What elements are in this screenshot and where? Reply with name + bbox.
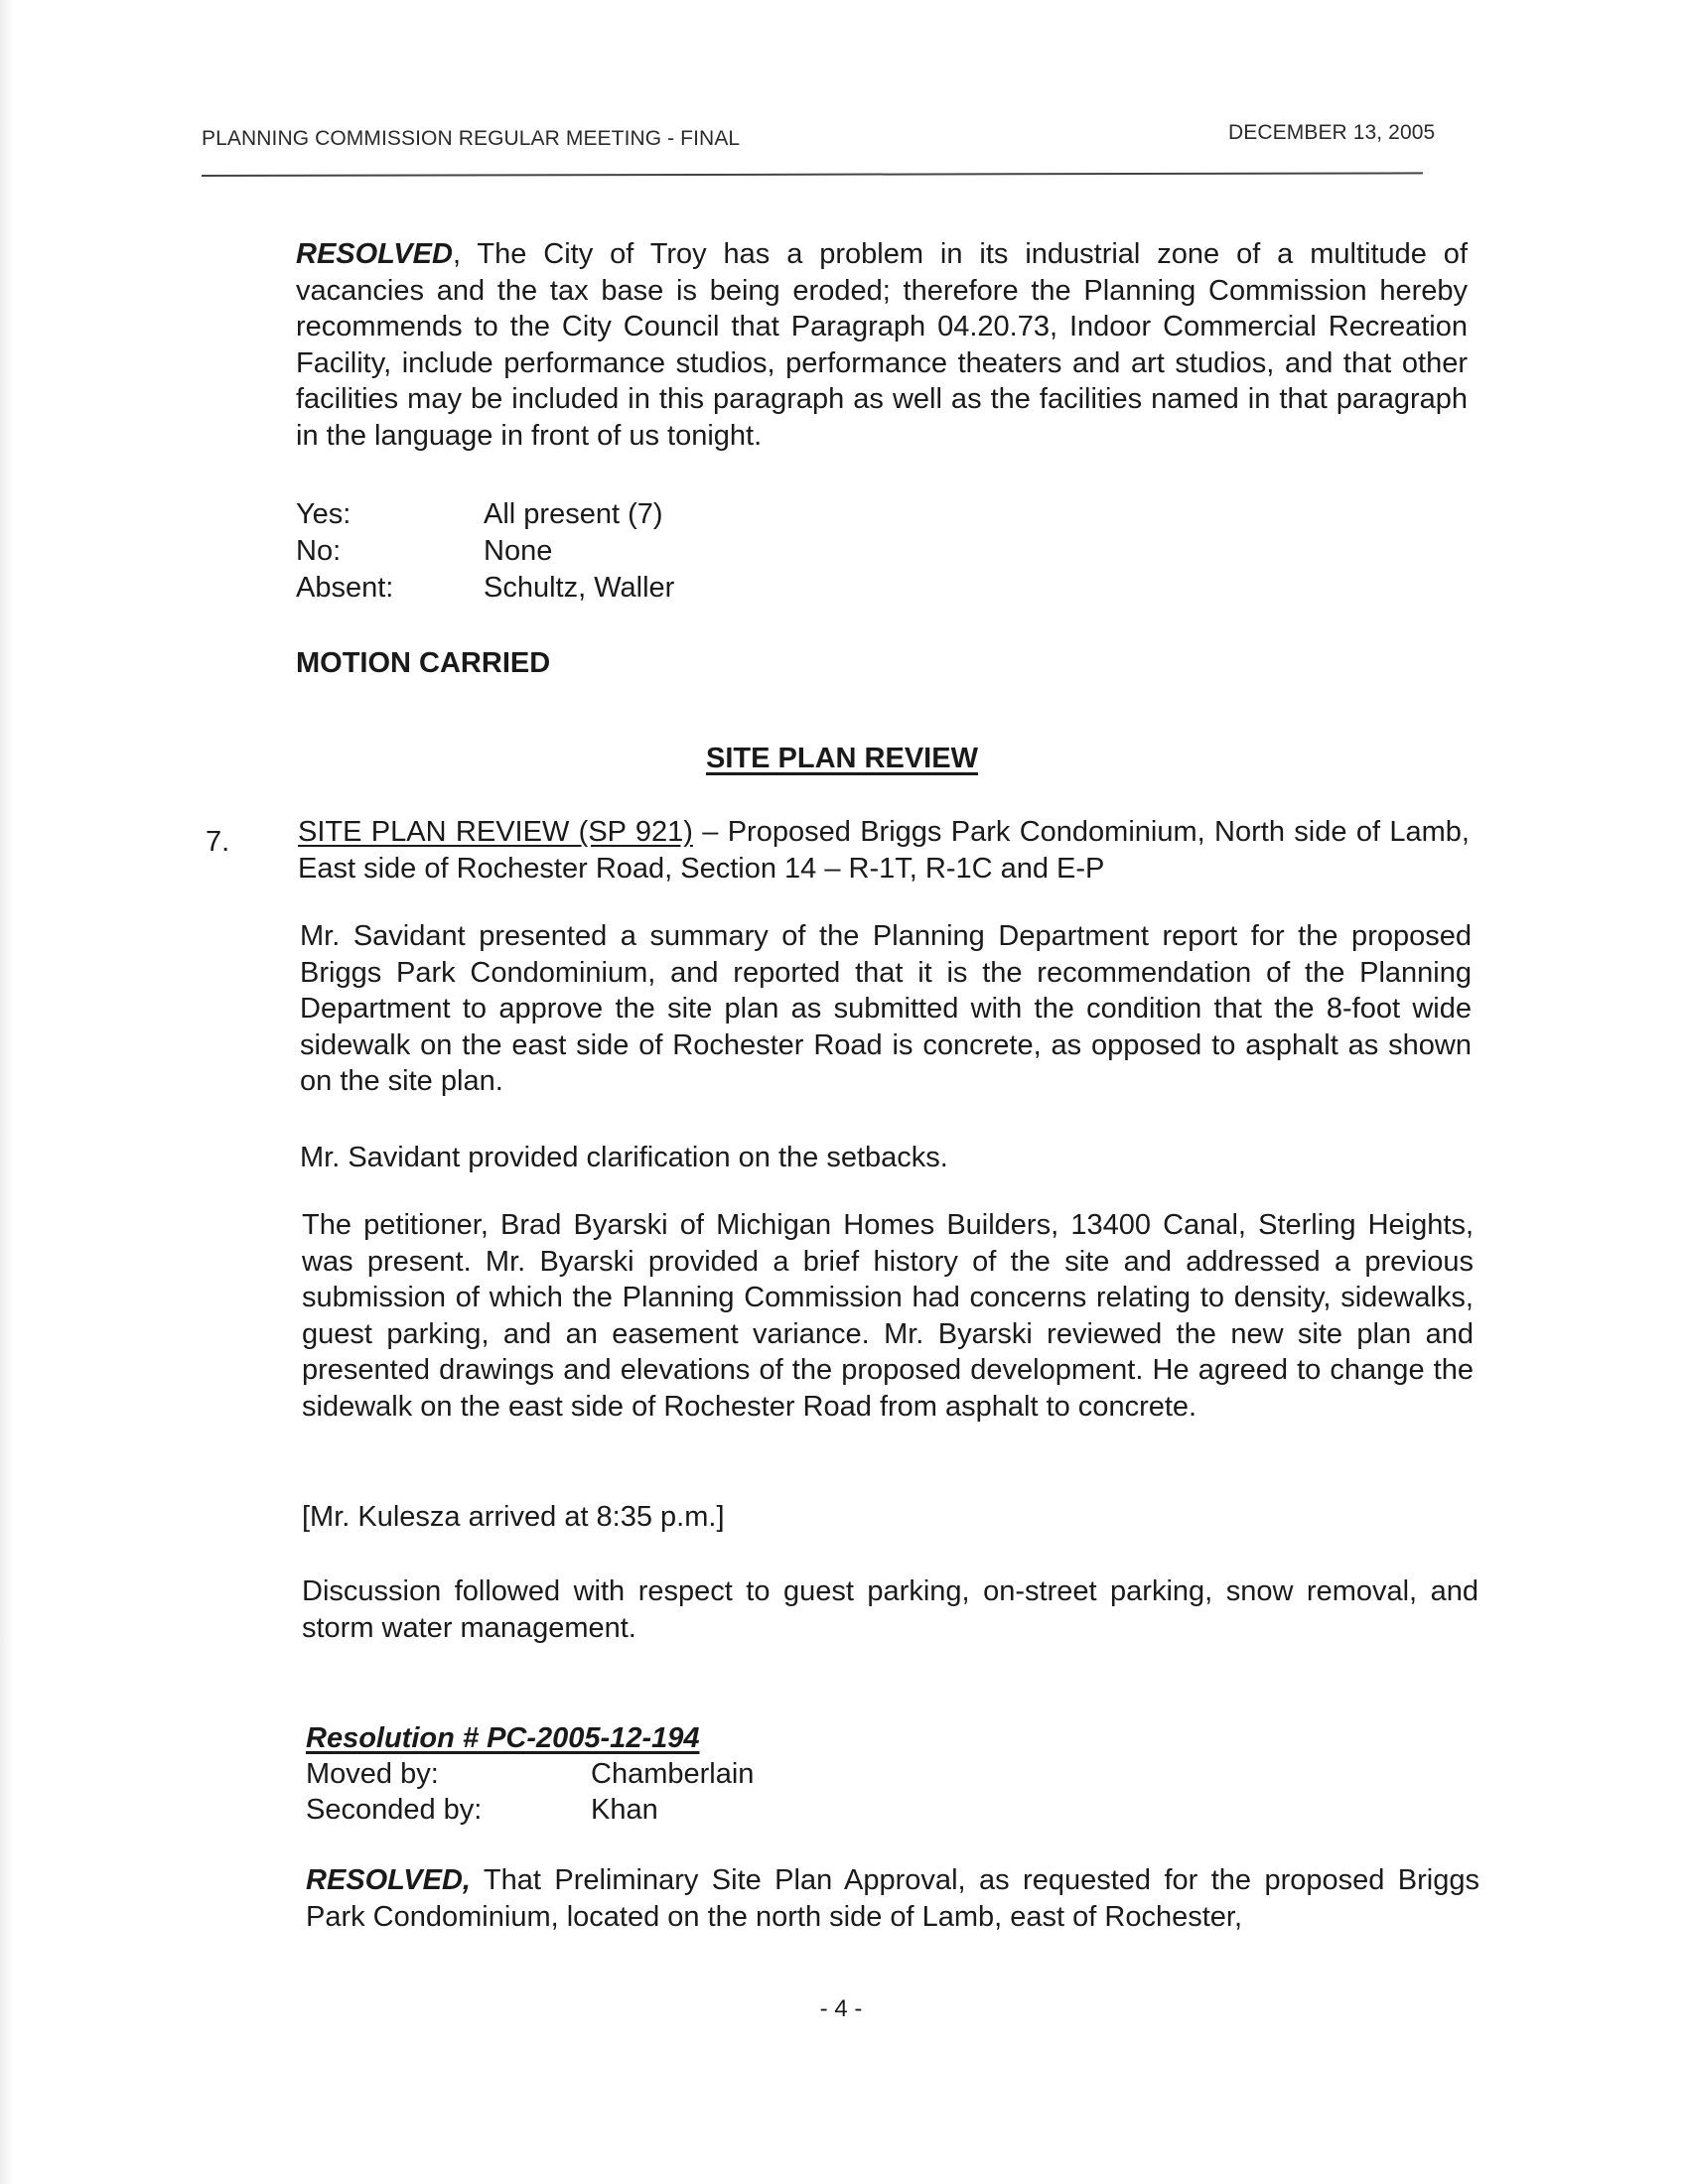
scan-edge-shadow bbox=[0, 0, 14, 2184]
item-title: SITE PLAN REVIEW (SP 921) bbox=[298, 816, 693, 848]
vote-yes-value: All present (7) bbox=[484, 496, 663, 532]
resolved-paragraph-1: RESOLVED, The City of Troy has a problem… bbox=[296, 236, 1468, 454]
document-header-date: DECEMBER 13, 2005 bbox=[1228, 121, 1435, 145]
vote-no-label: No: bbox=[296, 533, 341, 569]
paragraph-summary: Mr. Savidant presented a summary of the … bbox=[300, 918, 1472, 1100]
document-header-title: PLANNING COMMISSION REGULAR MEETING - FI… bbox=[202, 127, 740, 151]
moved-by-value: Chamberlain bbox=[591, 1756, 754, 1792]
resolved-text-2: That Preliminary Site Plan Approval, as … bbox=[306, 1864, 1479, 1933]
header-divider bbox=[202, 172, 1423, 177]
paragraph-arrival-note: [Mr. Kulesza arrived at 8:35 p.m.] bbox=[302, 1499, 1474, 1536]
section-heading-text: SITE PLAN REVIEW bbox=[706, 743, 978, 774]
item-heading: SITE PLAN REVIEW (SP 921) – Proposed Bri… bbox=[298, 814, 1470, 887]
vote-absent-label: Absent: bbox=[296, 570, 393, 606]
resolution-title-text: Resolution # PC-2005-12-194 bbox=[306, 1722, 699, 1754]
paragraph-petitioner: The petitioner, Brad Byarski of Michigan… bbox=[302, 1207, 1474, 1425]
paragraph-setbacks: Mr. Savidant provided clarification on t… bbox=[300, 1140, 1472, 1176]
resolution-title: Resolution # PC-2005-12-194 bbox=[306, 1720, 699, 1756]
vote-no-value: None bbox=[484, 533, 552, 569]
paragraph-discussion: Discussion followed with respect to gues… bbox=[302, 1573, 1478, 1646]
page-number: - 4 - bbox=[0, 1995, 1685, 2023]
moved-by-label: Moved by: bbox=[306, 1756, 439, 1792]
vote-yes-label: Yes: bbox=[296, 496, 351, 532]
seconded-by-value: Khan bbox=[591, 1792, 658, 1828]
resolved-text: , The City of Troy has a problem in its … bbox=[296, 238, 1468, 452]
resolved-paragraph-2: RESOLVED, That Preliminary Site Plan App… bbox=[306, 1862, 1479, 1935]
motion-result: MOTION CARRIED bbox=[296, 645, 550, 681]
vote-absent-value: Schultz, Waller bbox=[484, 570, 674, 606]
resolved-lead: RESOLVED bbox=[296, 238, 453, 270]
section-heading: SITE PLAN REVIEW bbox=[0, 743, 1686, 775]
resolved-lead-2: RESOLVED, bbox=[306, 1864, 471, 1896]
seconded-by-label: Seconded by: bbox=[306, 1792, 482, 1828]
item-number: 7. bbox=[206, 824, 229, 860]
